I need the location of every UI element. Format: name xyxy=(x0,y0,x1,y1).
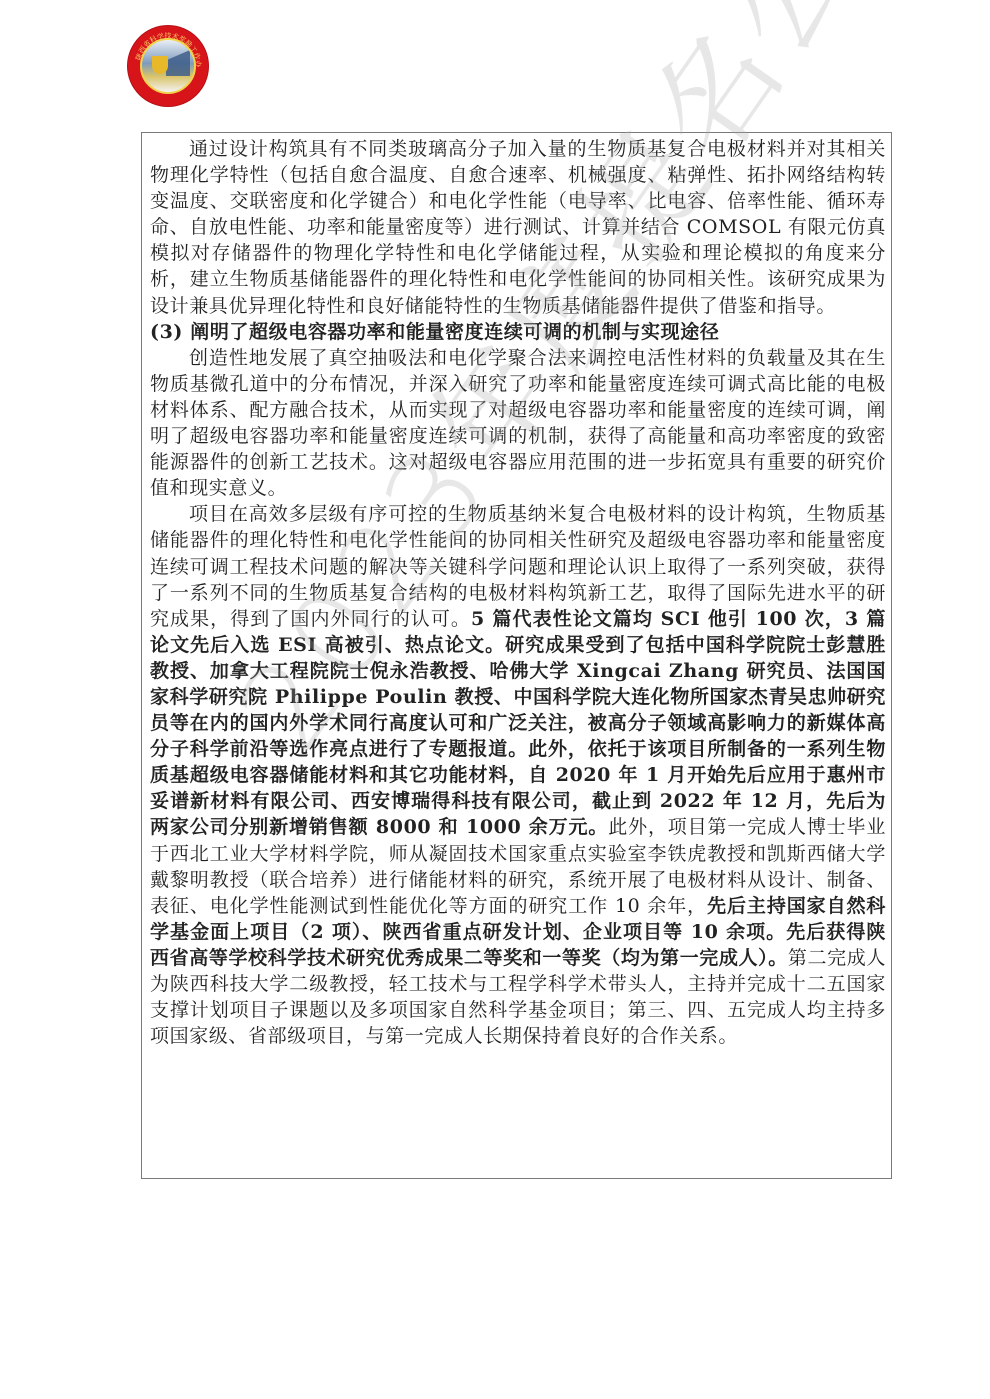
document-body: 通过设计构筑具有不同类玻璃高分子加入量的生物质基复合电极材料并对其相关物理化学特… xyxy=(150,136,886,1049)
seal-center-image xyxy=(140,38,196,94)
paragraph-supercapacitor-mechanism: 创造性地发展了真空抽吸法和电化学聚合法来调控电活性材料的负载量及其在生物质基微孔… xyxy=(150,345,886,502)
building-icon xyxy=(166,50,190,76)
bold-highlight-text: 5 篇代表性论文篇均 SCI 他引 100 次，3 篇论文先后入选 ESI 高被… xyxy=(150,608,886,839)
paragraph-text: 创造性地发展了真空抽吸法和电化学聚合法来调控电活性材料的负载量及其在生物质基微孔… xyxy=(150,347,886,499)
paragraph-project-summary: 项目在高效多层级有序可控的生物质基纳米复合电极材料的设计构筑，生物质基储能器件的… xyxy=(150,501,886,1049)
emblem-logo: 陕西省科学技术奖励工作办公室 xyxy=(128,26,208,106)
heading-text: (3) 阐明了超级电容器功率和能量密度连续可调的机制与实现途径 xyxy=(150,321,719,343)
trophy-icon xyxy=(152,56,168,74)
paragraph-text: 通过设计构筑具有不同类玻璃高分子加入量的生物质基复合电极材料并对其相关物理化学特… xyxy=(150,138,886,317)
paragraph-design-construction: 通过设计构筑具有不同类玻璃高分子加入量的生物质基复合电极材料并对其相关物理化学特… xyxy=(150,136,886,319)
section-heading-3: (3) 阐明了超级电容器功率和能量密度连续可调的机制与实现途径 xyxy=(150,319,886,345)
